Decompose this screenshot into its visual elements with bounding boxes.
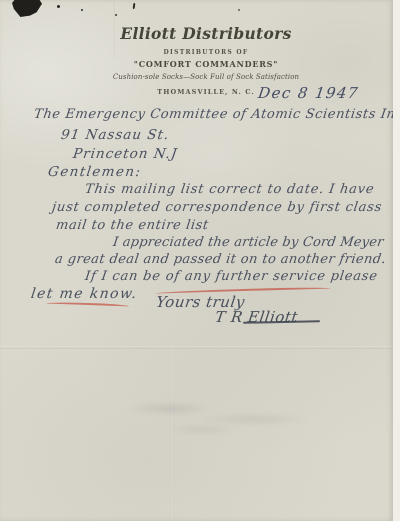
body-line-1: This mailing list correct to date. I hav… [84,182,375,197]
horizontal-fold-line [0,346,393,349]
body-line-7: let me know. [30,286,139,302]
body-line-5: a great deal and passed it on to another… [54,252,387,267]
recipient-line-3: Princeton N.J [72,146,179,162]
scanned-letter-photo: Elliott Distributors DISTRIBUTORS OF "CO… [0,0,400,521]
recipient-line-2: 91 Nassau St. [60,127,170,143]
scan-background-edge [393,0,400,521]
body-line-6: If I can be of any further service pleas… [84,269,379,284]
handwritten-date: Dec 8 1947 [257,84,360,102]
body-line-3: mail to the entire list [55,218,210,233]
ink-speck [57,5,60,8]
ink-speck [238,9,240,11]
body-line-4: I appreciated the article by Cord Meyer [112,235,385,250]
letterhead-distributors-of: DISTRIBUTORS OF [14,49,398,56]
letterhead-comfort-commanders: "COMFORT COMMANDERS" [14,59,398,69]
black-tape-mark [12,0,42,17]
letter-paper: Elliott Distributors DISTRIBUTORS OF "CO… [0,0,393,521]
red-pencil-underline [46,302,129,307]
letterhead-tagline: Cushion-sole Socks—Sock Full of Sock Sat… [14,73,398,81]
recipient-line-1: The Emergency Committee of Atomic Scient… [33,107,400,122]
salutation: Gentlemen: [47,164,142,180]
company-name: Elliott Distributors [14,24,398,43]
ink-speck [81,9,83,11]
body-line-2: just completed correspondence by first c… [51,200,383,215]
ink-show-through [118,396,328,438]
ink-speck [133,3,136,9]
signature: T R Elliott [214,308,299,326]
